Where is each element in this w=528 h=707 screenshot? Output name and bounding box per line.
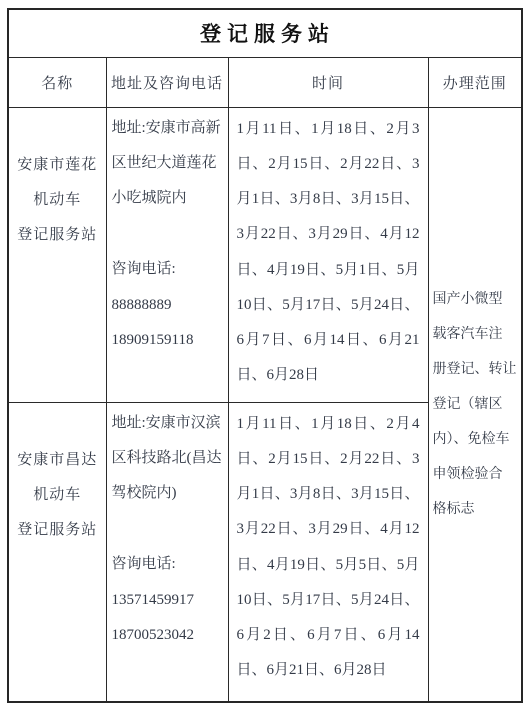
phone-number: 18909159118 xyxy=(112,323,223,358)
phone-block: 咨询电话: 88888889 18909159118 xyxy=(112,252,223,358)
scope-cell: 国产小微型 载客汽车注 册登记、转让 登记（辖区 内）、免检车 申领检验合 格标… xyxy=(428,107,522,702)
schedule-cell-lianhua: 1月11日、1月18日、2月3日、2月15日、2月22日、3月1日、3月8日、3… xyxy=(228,107,428,402)
phone-number: 88888889 xyxy=(112,288,223,323)
column-header-name: 名称 xyxy=(8,57,106,107)
table-row-station-lianhua: 安康市莲花 机动车 登记服务站 地址:安康市高新区世纪大道莲花小吃城院内 咨询电… xyxy=(8,107,522,402)
table-title: 登记服务站 xyxy=(8,9,522,57)
address-phone-cell-changda: 地址:安康市汉滨区科技路北(昌达驾校院内) 咨询电话: 13571459917 … xyxy=(106,402,228,702)
station-address: 地址:安康市高新区世纪大道莲花小吃城院内 xyxy=(112,111,223,217)
schedule-cell-changda: 1月11日、1月18日、2月4日、2月15日、2月22日、3月1日、3月8日、3… xyxy=(228,402,428,702)
station-name-changda: 安康市昌达 机动车 登记服务站 xyxy=(8,402,106,702)
phone-label: 咨询电话: xyxy=(112,252,223,287)
column-header-time: 时间 xyxy=(228,57,428,107)
station-name-lianhua: 安康市莲花 机动车 登记服务站 xyxy=(8,107,106,402)
phone-number: 18700523042 xyxy=(112,618,223,653)
phone-number: 13571459917 xyxy=(112,583,223,618)
address-phone-cell-lianhua: 地址:安康市高新区世纪大道莲花小吃城院内 咨询电话: 88888889 1890… xyxy=(106,107,228,402)
document-page: 登记服务站 名称 地址及咨询电话 时间 办理范围 安康市莲花 机动车 登记服务站… xyxy=(0,0,528,707)
column-header-address-phone: 地址及咨询电话 xyxy=(106,57,228,107)
column-header-scope: 办理范围 xyxy=(428,57,522,107)
phone-block: 咨询电话: 13571459917 18700523042 xyxy=(112,547,223,653)
station-address: 地址:安康市汉滨区科技路北(昌达驾校院内) xyxy=(112,406,223,512)
phone-label: 咨询电话: xyxy=(112,547,223,582)
title-row: 登记服务站 xyxy=(8,9,522,57)
registration-stations-table: 登记服务站 名称 地址及咨询电话 时间 办理范围 安康市莲花 机动车 登记服务站… xyxy=(7,8,523,703)
header-row: 名称 地址及咨询电话 时间 办理范围 xyxy=(8,57,522,107)
